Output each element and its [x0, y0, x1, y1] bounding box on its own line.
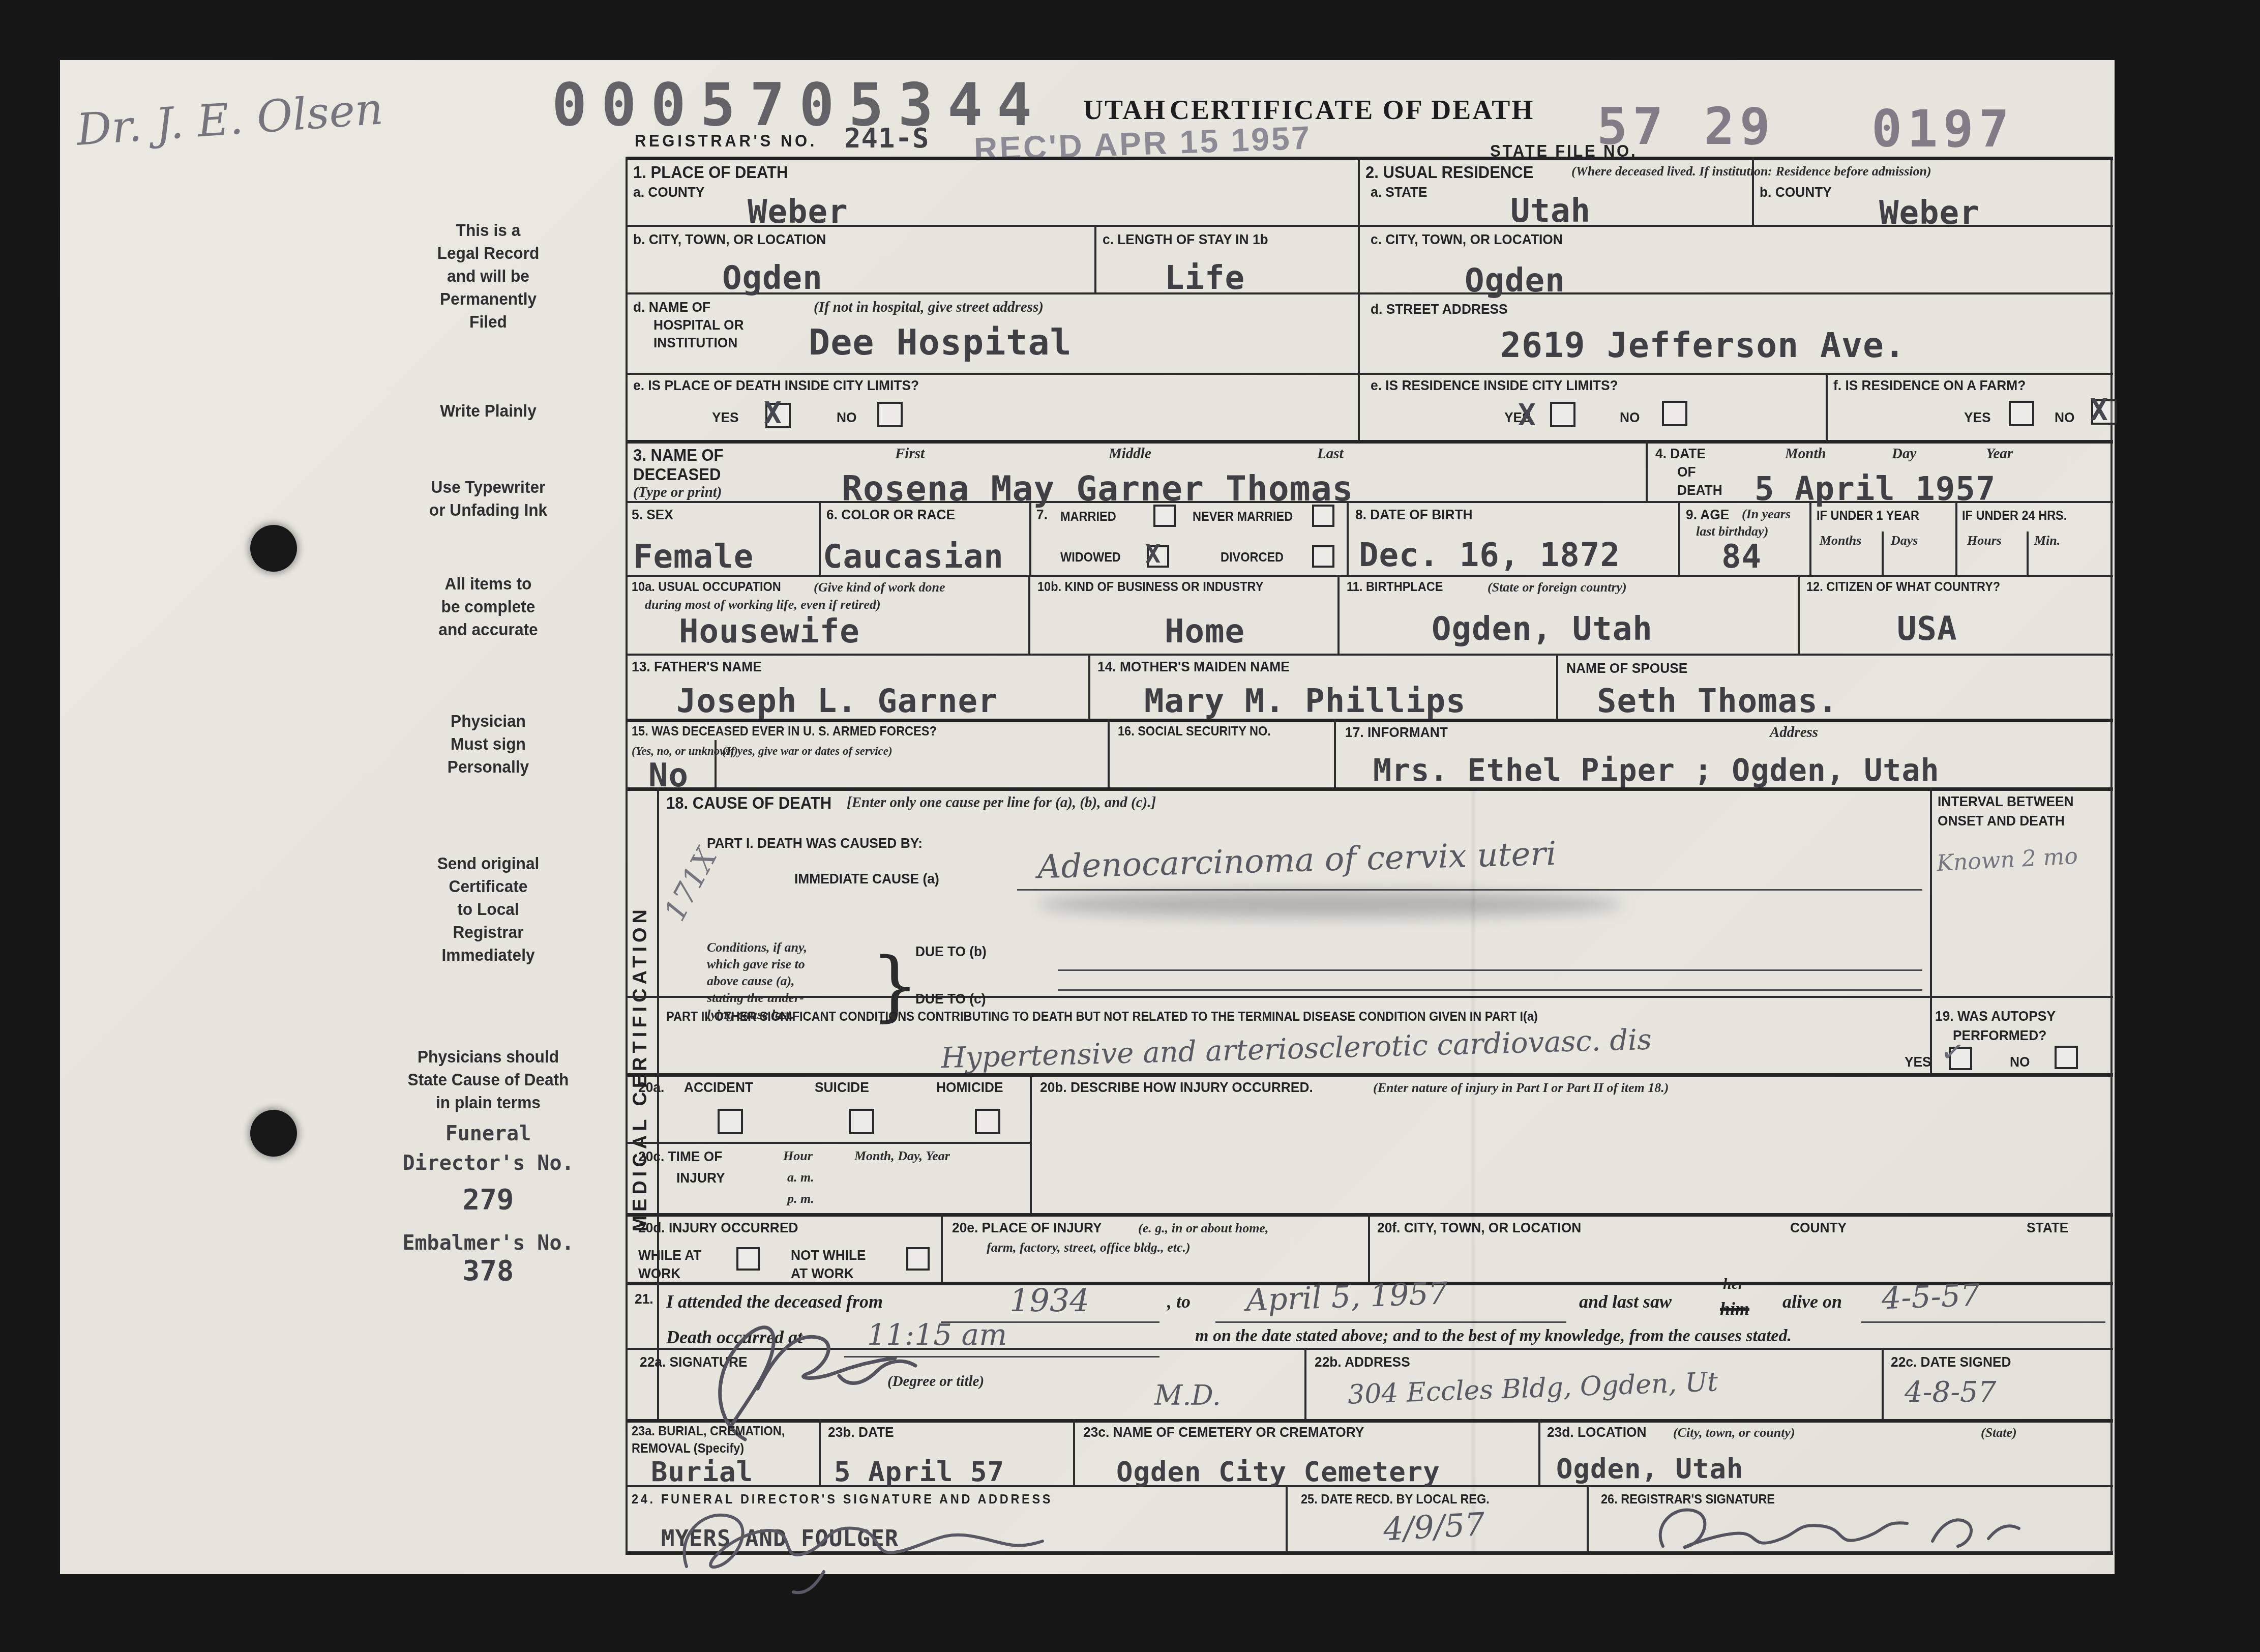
res-city-label: c. CITY, TOWN, OR LOCATION — [1371, 231, 1563, 248]
mother-label: 14. MOTHER'S MAIDEN NAME — [1097, 659, 1290, 675]
pod-county-label: a. COUNTY — [633, 184, 704, 200]
married-label: MARRIED — [1060, 510, 1116, 524]
place-of-death-title: 1. PLACE OF DEATH — [633, 163, 788, 182]
burial-location-field[interactable]: Ogden, Utah — [1556, 1453, 1744, 1485]
while-at-work-checkbox[interactable] — [736, 1247, 760, 1271]
describe-injury-label: 20b. DESCRIBE HOW INJURY OCCURRED. — [1040, 1079, 1313, 1096]
name-hint: (Type or print) — [633, 484, 722, 501]
while-at-label: WHILE AT — [638, 1247, 701, 1263]
burial-date-label: 23b. DATE — [828, 1424, 894, 1440]
farm-label: f. IS RESIDENCE ON A FARM? — [1833, 377, 2026, 394]
rule — [626, 157, 628, 1553]
hospital-label-3: INSTITUTION — [653, 335, 737, 351]
pod-limits-no-label: NO — [837, 409, 856, 426]
funeral-director-signature — [656, 1465, 1165, 1597]
marital-label-number: 7. — [1036, 507, 1048, 523]
farm-yes-checkbox[interactable] — [2009, 401, 2034, 426]
res-limits-label: e. IS RESIDENCE INSIDE CITY LIMITS? — [1371, 377, 1618, 394]
burial-label-1: 23a. BURIAL, CREMATION, — [632, 1424, 785, 1439]
never-married-label: NEVER MARRIED — [1193, 510, 1293, 524]
last-seen-field[interactable]: 4-5-57 — [1881, 1278, 1981, 1317]
hour-header: Hour — [783, 1148, 813, 1164]
write-line — [1215, 1321, 1566, 1323]
registrar-no-value: 241-S — [844, 122, 930, 154]
conditions-line-1: Conditions, if any, — [707, 940, 807, 955]
place-of-injury-hint-2: farm, factory, street, office bldg., etc… — [987, 1240, 1191, 1255]
autopsy-label-2: PERFORMED? — [1953, 1027, 2046, 1044]
margin-note-complete: All items to be complete and accurate — [356, 572, 620, 641]
usual-residence-title: 2. USUAL RESIDENCE — [1365, 163, 1533, 182]
rule — [626, 1142, 1030, 1144]
ink-smudge — [1037, 891, 1622, 918]
hospital-hint: (If not in hospital, give street address… — [814, 299, 1044, 316]
rule — [626, 373, 2113, 375]
homicide-checkbox[interactable] — [975, 1109, 1000, 1134]
cemetery-field[interactable]: Ogden City Cemetery — [1116, 1456, 1440, 1488]
sex-label: 5. SEX — [632, 507, 673, 523]
name-first-header: First — [895, 446, 925, 462]
autopsy-no-label: NO — [2010, 1054, 2030, 1070]
rule — [1930, 787, 1932, 1073]
date-signed-field[interactable]: 4-8-57 — [1905, 1376, 1996, 1409]
attended-from-field[interactable]: 1934 — [1009, 1282, 1090, 1319]
rule — [1556, 654, 1558, 719]
rule — [657, 787, 659, 1419]
write-line — [1058, 969, 1922, 971]
conditions-line-2: which gave rise to — [707, 957, 805, 972]
days-header: Days — [1891, 533, 1918, 548]
res-limits-no-label: NO — [1620, 409, 1640, 426]
dob-field[interactable]: Dec. 16, 1872 — [1359, 537, 1620, 574]
conditions-line-3: above cause (a), — [707, 973, 795, 989]
state-file-stamp-right: 0197 — [1871, 99, 2014, 159]
armed-forces-hint-2: (If yes, give war or dates of service) — [722, 745, 893, 758]
pm-label: p. m. — [787, 1191, 814, 1206]
funeral-director-no-value: 279 — [346, 1185, 631, 1215]
rule — [1028, 575, 1030, 654]
race-field[interactable]: Caucasian — [823, 538, 1004, 576]
medical-certification-vertical-label: MEDICAL CERTIFICATION — [630, 905, 651, 1232]
rule — [626, 292, 2113, 294]
injury-city-label: 20f. CITY, TOWN, OR LOCATION — [1377, 1220, 1581, 1236]
deceased-name-field[interactable]: Rosena May Garner Thomas — [842, 469, 1354, 509]
write-line — [1861, 1321, 2105, 1323]
part2-label: PART II. OTHER SIGNIFICANT CONDITIONS CO… — [666, 1010, 1538, 1024]
months-header: Months — [1820, 533, 1861, 548]
rule — [2027, 532, 2029, 575]
alive-on-text: alive on — [1782, 1291, 1842, 1312]
burial-state-header: (State) — [1981, 1425, 2017, 1440]
work-label: WORK — [638, 1265, 680, 1282]
res-state-field[interactable]: Utah — [1510, 192, 1591, 230]
farm-yes-label: YES — [1964, 409, 1991, 426]
cause-of-death-bracket: [Enter only one cause per line for (a), … — [847, 794, 1156, 811]
s20a-number: 20a. — [638, 1079, 664, 1096]
due-to-c-label: DUE TO (c) — [915, 991, 986, 1007]
serial-number-stamp: 0005705344 — [552, 71, 1046, 139]
margin-note-physician-sign: Physician Must sign Personally — [356, 710, 620, 778]
armed-forces-field[interactable]: No — [648, 757, 689, 794]
married-checkbox[interactable] — [1153, 505, 1176, 527]
occupation-hint-1: (Give kind of work done — [814, 580, 945, 595]
usual-residence-hint: (Where deceased lived. If institution: R… — [1571, 164, 1931, 179]
birthplace-label: 11. BIRTHPLACE — [1347, 580, 1443, 595]
rule — [819, 501, 821, 575]
under-24-hrs-label: IF UNDER 24 HRS. — [1962, 509, 2067, 523]
s21-number: 21. — [635, 1291, 653, 1307]
rule — [1094, 225, 1096, 292]
dod-year-header: Year — [1986, 446, 2013, 462]
ssn-label: 16. SOCIAL SECURITY NO. — [1118, 724, 1271, 739]
last-saw-text: and last saw — [1579, 1291, 1672, 1312]
length-of-stay-label: c. LENGTH OF STAY IN 1b — [1103, 231, 1268, 248]
hole-punch-bottom — [250, 1110, 297, 1157]
funeral-director-no-label: Funeral Director's No. — [346, 1119, 631, 1178]
pod-limits-yes-label: YES — [712, 409, 739, 426]
due-to-b-label: DUE TO (b) — [915, 943, 987, 960]
place-of-injury-label: 20e. PLACE OF INJURY — [952, 1220, 1102, 1236]
rule — [1646, 440, 1648, 501]
interval-label-2: ONSET AND DEATH — [1938, 813, 2065, 829]
scanned-death-certificate: Dr. J. E. Olsen 0005705344 UTAH CERTIFIC… — [0, 0, 2260, 1652]
registrar-signature — [1643, 1495, 2039, 1567]
spouse-label: NAME OF SPOUSE — [1566, 660, 1687, 676]
rule — [1334, 719, 1336, 787]
rule — [1304, 1348, 1306, 1419]
dod-label-3: DEATH — [1677, 482, 1722, 498]
to-word: , to — [1167, 1291, 1191, 1312]
res-limits-no-checkbox[interactable] — [1662, 401, 1687, 426]
rule — [1358, 157, 1360, 440]
accident-checkbox[interactable] — [718, 1109, 743, 1134]
res-county-field[interactable]: Weber — [1879, 194, 1980, 232]
rule — [1882, 1348, 1884, 1419]
homicide-label: HOMICIDE — [936, 1079, 1003, 1096]
rule — [1088, 654, 1090, 719]
her-written: her — [1723, 1276, 1744, 1293]
industry-label: 10b. KIND OF BUSINESS OR INDUSTRY — [1037, 580, 1263, 595]
informant-label: 17. INFORMANT — [1345, 724, 1448, 741]
part1-label: PART I. DEATH WAS CAUSED BY: — [707, 835, 923, 851]
statement-rest: m on the date stated above; and to the b… — [1195, 1326, 1792, 1346]
certificate-title-state: UTAH — [1083, 94, 1167, 126]
dod-day-header: Day — [1892, 446, 1916, 462]
address-label: 22b. ADDRESS — [1315, 1354, 1410, 1370]
cemetery-label: 23c. NAME OF CEMETERY OR CREMATORY — [1083, 1424, 1364, 1440]
farm-no-mark: X — [2090, 393, 2108, 427]
embalmer-no-label: Embalmer's No. — [346, 1228, 631, 1258]
industry-field[interactable]: Home — [1165, 613, 1245, 651]
father-field[interactable]: Joseph L. Garner — [676, 683, 998, 720]
rule — [626, 157, 2113, 160]
hospital-label-2: HOSPITAL OR — [653, 317, 744, 333]
embalmer-no-value: 378 — [346, 1256, 631, 1286]
burial-location-hint: (City, town, or county) — [1673, 1425, 1795, 1440]
degree-field[interactable]: M.D. — [1154, 1379, 1221, 1411]
registrar-no-label: REGISTRAR'S NO. — [635, 131, 817, 151]
race-label: 6. COLOR OR RACE — [826, 507, 955, 523]
farm-no-label: NO — [2055, 409, 2074, 426]
citizen-label: 12. CITIZEN OF WHAT COUNTRY? — [1806, 580, 2000, 595]
dod-label-1: 4. DATE — [1655, 446, 1706, 462]
occupation-hint-2: during most of working life, even if ret… — [645, 597, 881, 612]
rule — [1030, 1073, 1032, 1213]
spouse-field[interactable]: Seth Thomas. — [1597, 683, 1838, 720]
injury-county-header: COUNTY — [1790, 1220, 1847, 1236]
pod-limits-label: e. IS PLACE OF DEATH INSIDE CITY LIMITS? — [633, 377, 919, 394]
armed-forces-label: 15. WAS DECEASED EVER IN U. S. ARMED FOR… — [632, 724, 937, 739]
rule — [626, 654, 2113, 656]
street-address-label: d. STREET ADDRESS — [1371, 301, 1508, 317]
rule — [1809, 501, 1811, 575]
mother-field[interactable]: Mary M. Phillips — [1144, 683, 1466, 720]
rule — [1538, 1419, 1540, 1485]
divorced-checkbox[interactable] — [1312, 545, 1334, 568]
autopsy-label-1: 19. WAS AUTOPSY — [1935, 1008, 2056, 1024]
cause-of-death-title: 18. CAUSE OF DEATH — [666, 793, 831, 813]
rule — [1678, 501, 1680, 575]
age-label: 9. AGE — [1686, 507, 1729, 523]
widowed-mark: X — [1145, 539, 1161, 569]
min-header: Min. — [2034, 533, 2060, 548]
attended-to-field[interactable]: April 5, 1957 — [1245, 1276, 1448, 1318]
rule — [1286, 1485, 1288, 1551]
rule — [1337, 575, 1340, 654]
month-day-year-header: Month, Day, Year — [854, 1148, 950, 1164]
dod-label-2: OF — [1677, 464, 1696, 480]
date-of-death-field[interactable]: 5 April 1957 — [1755, 470, 1996, 508]
burial-label-2: REMOVAL (Specify) — [632, 1441, 744, 1456]
informant-address-header: Address — [1770, 724, 1818, 741]
name-middle-header: Middle — [1109, 446, 1151, 462]
date-received-label: 25. DATE RECD. BY LOCAL REG. — [1301, 1492, 1490, 1507]
res-city-field[interactable]: Ogden — [1465, 262, 1565, 300]
rule — [1368, 1213, 1370, 1282]
father-label: 13. FATHER'S NAME — [632, 659, 762, 675]
conditions-line-4: stating the under- — [707, 990, 804, 1006]
margin-note-typewriter: Use Typewriter or Unfading Ink — [356, 476, 620, 521]
hospital-field[interactable]: Dee Hospital — [809, 321, 1072, 363]
rule — [1955, 501, 1957, 575]
name-label-1: 3. NAME OF — [633, 446, 724, 465]
autopsy-no-checkbox[interactable] — [2055, 1046, 2078, 1069]
not-while-label: NOT WHILE — [791, 1247, 866, 1263]
street-address-field[interactable]: 2619 Jefferson Ave. — [1500, 326, 1906, 366]
never-married-checkbox[interactable] — [1312, 505, 1334, 527]
immediate-cause-label: IMMEDIATE CAUSE (a) — [794, 871, 939, 887]
length-of-stay-field[interactable]: Life — [1165, 259, 1245, 297]
time-of-injury-label-1: 20c. TIME OF — [638, 1148, 722, 1165]
margin-note-legal-record: This is a Legal Record and will be Perma… — [356, 219, 620, 333]
citizen-field[interactable]: USA — [1897, 610, 1957, 648]
res-limits-yes-mark: X — [1518, 398, 1536, 432]
sex-field[interactable]: Female — [633, 538, 754, 576]
rule — [1798, 575, 1800, 654]
rule — [1029, 501, 1031, 575]
pod-limits-no-checkbox[interactable] — [877, 402, 903, 427]
margin-note-write-plainly: Write Plainly — [356, 399, 620, 422]
age-hint-2: last birthday) — [1696, 524, 1768, 539]
rule — [1108, 719, 1110, 787]
dod-month-header: Month — [1785, 446, 1826, 462]
am-label: a. m. — [787, 1170, 814, 1185]
burial-location-label: 23d. LOCATION — [1547, 1424, 1646, 1440]
rule — [626, 440, 2113, 444]
injury-occurred-label: 20d. INJURY OCCURRED — [638, 1220, 798, 1236]
age-field[interactable]: 84 — [1721, 538, 1762, 576]
hospital-label-1: d. NAME OF — [633, 299, 710, 315]
pod-limits-yes-mark: X — [764, 396, 782, 430]
birthplace-hint: (State or foreign country) — [1488, 580, 1627, 595]
pod-county-field[interactable]: Weber — [748, 193, 848, 231]
certificate-title: CERTIFICATE OF DEATH — [1170, 94, 1534, 126]
hole-punch-top — [250, 525, 297, 572]
injury-state-header: STATE — [2027, 1220, 2068, 1236]
birthplace-field[interactable]: Ogden, Utah — [1432, 610, 1653, 648]
rule — [626, 996, 2113, 998]
widowed-label: WIDOWED — [1060, 550, 1121, 565]
pod-city-label: b. CITY, TOWN, OR LOCATION — [633, 231, 826, 248]
margin-note-plain-terms: Physicians should State Cause of Death i… — [356, 1045, 620, 1114]
accident-label: ACCIDENT — [684, 1079, 753, 1096]
rule — [1347, 501, 1349, 575]
him-struck: him — [1720, 1298, 1749, 1319]
time-of-injury-label-2: INJURY — [676, 1170, 725, 1186]
age-hint-1: (In years — [1742, 507, 1791, 522]
date-signed-label: 22c. DATE SIGNED — [1891, 1354, 2011, 1370]
margin-note-send-original: Send original Certificate to Local Regis… — [356, 852, 620, 966]
write-line — [1058, 989, 1922, 991]
place-of-injury-hint-1: (e. g., in or about home, — [1138, 1221, 1268, 1236]
occupation-label: 10a. USUAL OCCUPATION — [632, 580, 781, 595]
rule — [2110, 157, 2113, 1553]
res-limits-yes-checkbox[interactable] — [1550, 402, 1575, 427]
under-1-year-label: IF UNDER 1 YEAR — [1817, 509, 1919, 523]
suicide-checkbox[interactable] — [849, 1109, 874, 1134]
rule — [1587, 1485, 1589, 1551]
dob-label: 8. DATE OF BIRTH — [1355, 507, 1473, 523]
rule — [626, 1073, 2113, 1077]
res-state-label: a. STATE — [1371, 184, 1428, 200]
paper-crease — [1470, 788, 1477, 1551]
suicide-label: SUICIDE — [815, 1079, 869, 1096]
hours-header: Hours — [1967, 533, 2002, 548]
res-county-label: b. COUNTY — [1760, 184, 1832, 200]
occupation-field[interactable]: Housewife — [679, 613, 860, 651]
autopsy-yes-label: YES — [1905, 1054, 1931, 1070]
rule — [1882, 532, 1884, 575]
informant-field[interactable]: Mrs. Ethel Piper ; Ogden, Utah — [1373, 753, 1940, 788]
pod-city-field[interactable]: Ogden — [722, 259, 823, 297]
divorced-label: DIVORCED — [1221, 550, 1284, 565]
not-while-at-work-checkbox[interactable] — [906, 1247, 930, 1271]
describe-injury-hint: (Enter nature of injury in Part I or Par… — [1373, 1080, 1669, 1096]
name-last-header: Last — [1317, 446, 1344, 462]
name-label-2: DECEASED — [633, 465, 721, 484]
interval-label-1: INTERVAL BETWEEN — [1938, 793, 2074, 810]
rule — [1826, 373, 1828, 440]
